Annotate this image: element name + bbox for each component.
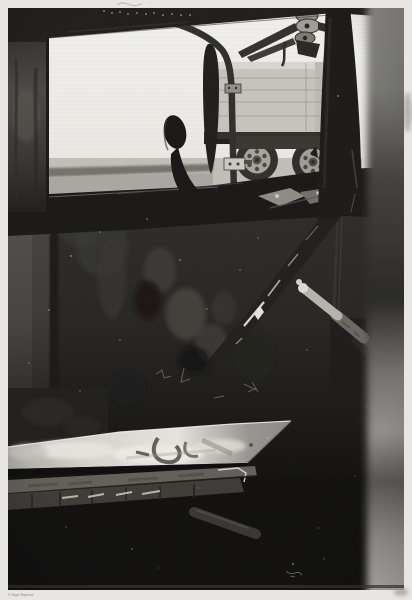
film-grain <box>8 8 404 590</box>
photograph: © Nigel Bigelow <box>0 0 412 600</box>
photo-print: © Nigel Bigelow <box>0 0 412 600</box>
photo <box>8 0 412 600</box>
photo-credit: © Nigel Bigelow <box>8 593 34 597</box>
